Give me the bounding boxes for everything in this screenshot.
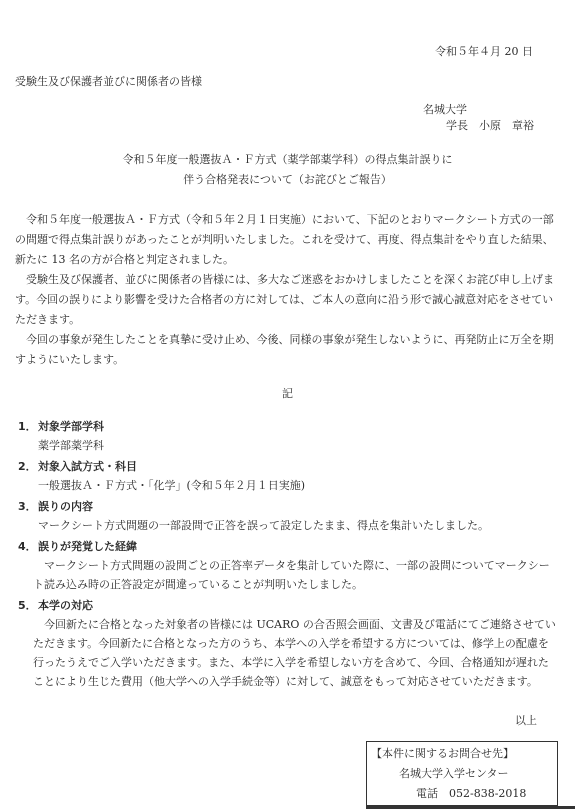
president-name: 学長 小原 章裕 (446, 116, 534, 135)
item-heading-text: 誤りの内容 (38, 500, 93, 513)
items-list: 1．対象学部学科 薬学部薬学科 2．対象入試方式・科目 一般選抜Ａ・Ｆ方式・「化… (18, 418, 558, 694)
addressee: 受験生及び保護者並びに関係者の皆様 (15, 72, 202, 91)
item-number: 2． (18, 458, 38, 476)
closing-mark: 以上 (515, 711, 537, 730)
divider (366, 806, 575, 809)
item-heading: 3．誤りの内容 (18, 498, 558, 516)
ki-marker: 記 (0, 384, 575, 403)
list-item: 5．本学の対応 今回新たに合格となった対象者の皆様には UCARO の合否照会画… (18, 597, 558, 691)
item-heading-text: 誤りが発覚した経緯 (38, 540, 137, 553)
title-line-1: 令和５年度一般選抜Ａ・Ｆ方式（薬学部薬学科）の得点集計誤りに (0, 150, 575, 170)
item-text: マークシート方式問題の設問ごとの正答率データを集計していた際に、一部の設問につい… (18, 556, 558, 594)
document-title: 令和５年度一般選抜Ａ・Ｆ方式（薬学部薬学科）の得点集計誤りに 伴う合格発表につい… (0, 150, 575, 190)
item-heading: 5．本学の対応 (18, 597, 558, 615)
body-text: 令和５年度一般選抜Ａ・Ｆ方式（令和５年２月１日実施）において、下記のとおりマーク… (15, 210, 560, 370)
contact-box: 【本件に関するお問合せ先】 名城大学入学センター 電話 052-838-2018 (366, 741, 558, 806)
item-heading: 4．誤りが発覚した経緯 (18, 538, 558, 556)
item-heading-text: 対象学部学科 (38, 420, 104, 433)
item-number: 4． (18, 538, 38, 556)
contact-phone: 電話 052-838-2018 (371, 784, 553, 804)
document-date: 令和５年４月 20 日 (435, 42, 533, 61)
item-number: 5． (18, 597, 38, 615)
body-paragraph: 令和５年度一般選抜Ａ・Ｆ方式（令和５年２月１日実施）において、下記のとおりマーク… (15, 210, 560, 270)
contact-heading: 【本件に関するお問合せ先】 (371, 744, 553, 764)
title-line-2: 伴う合格発表について（お詫びとご報告） (0, 170, 575, 190)
item-text: 薬学部薬学科 (18, 436, 558, 455)
list-item: 3．誤りの内容 マークシート方式問題の一部設問で正答を誤って設定したまま、得点を… (18, 498, 558, 535)
item-text: 今回新たに合格となった対象者の皆様には UCARO の合否照会画面、文書及び電話… (18, 615, 558, 691)
item-heading-text: 対象入試方式・科目 (38, 460, 137, 473)
item-number: 1． (18, 418, 38, 436)
contact-office: 名城大学入学センター (371, 764, 553, 784)
item-heading: 2．対象入試方式・科目 (18, 458, 558, 476)
item-text: マークシート方式問題の一部設問で正答を誤って設定したまま、得点を集計いたしました… (18, 516, 558, 535)
list-item: 2．対象入試方式・科目 一般選抜Ａ・Ｆ方式・「化学」(令和５年２月１日実施) (18, 458, 558, 495)
list-item: 1．対象学部学科 薬学部薬学科 (18, 418, 558, 455)
item-heading-text: 本学の対応 (38, 599, 93, 612)
body-paragraph: 今回の事象が発生したことを真摯に受け止め、今後、同様の事象が発生しないように、再… (15, 330, 560, 370)
item-number: 3． (18, 498, 38, 516)
item-text: 一般選抜Ａ・Ｆ方式・「化学」(令和５年２月１日実施) (18, 476, 558, 495)
item-heading: 1．対象学部学科 (18, 418, 558, 436)
list-item: 4．誤りが発覚した経緯 マークシート方式問題の設問ごとの正答率データを集計してい… (18, 538, 558, 594)
body-paragraph: 受験生及び保護者、並びに関係者の皆様には、多大なご迷惑をおかけしましたことを深く… (15, 270, 560, 330)
